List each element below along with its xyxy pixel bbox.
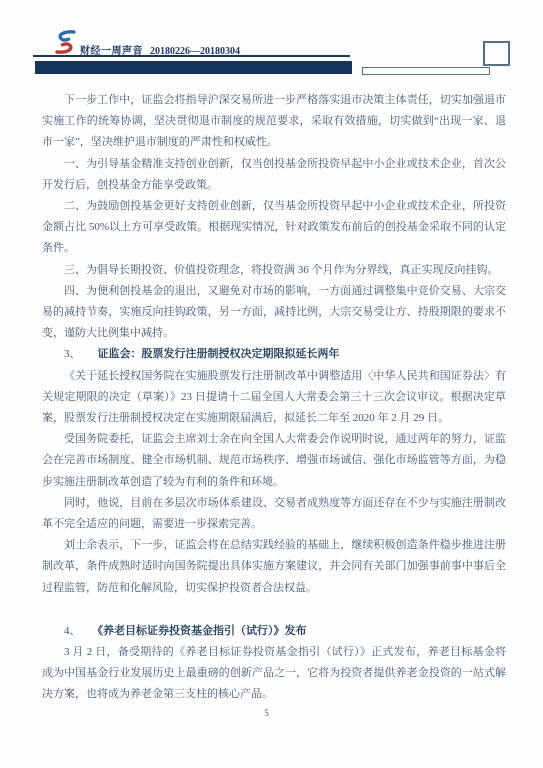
section-heading-3-number: 3、 (64, 348, 81, 360)
paragraph-item-2: 二、为鼓励创投基金更好支持创业创新，仅当基金所投资早起中小企业或技术企业，所投资… (42, 196, 506, 260)
paragraph-liu-statement: 受国务院委托，证监会主席刘士余在向全国人大常委会作说明时说，通过两年的努力，证监… (42, 429, 506, 493)
page-footer: 5 (0, 708, 533, 718)
paragraph-item-1: 一、为引导基金精准支持创业创新，仅当创投基金所投资早起中小企业或技术企业，首次公… (42, 154, 506, 196)
paragraph-next-steps: 刘士余表示，下一步，证监会将在总结实践经验的基础上，继续积极创造条件稳步推进注册… (42, 535, 506, 599)
section-heading-4-number: 4、 (64, 625, 81, 637)
empty-annotation-box-small (483, 41, 510, 66)
paragraph-item-4: 四、为便利创投基金的退出，又避免对市场的影响，一方面通过调整集中竞价交易、大宗交… (42, 281, 506, 345)
section-heading-4: 4、《养老目标证券投资基金指引（试行）》发布 (42, 621, 506, 642)
brand-logo-icon (53, 30, 78, 54)
paragraph-market-maturity: 同时，他说，目前在多层次市场体系建设、交易者成熟度等方面还存在不少与实施注册制改… (42, 493, 506, 535)
paragraph-item-3: 三、为倡导长期投资、价值投资理念，将投资满 36 个月作为分界线，真正实现反向挂… (42, 260, 506, 281)
page-number: 5 (264, 708, 269, 718)
paragraph-delisting-policy: 下一步工作中，证监会将指导沪深交易所进一步严格落实退市决策主体责任，切实加强退市… (42, 90, 506, 154)
paragraph-pension-fund: 3 月 2 日，备受期待的《养老目标证券投资基金指引（试行）》正式发布，养老目标… (42, 642, 506, 706)
paragraph-draft-decision: 《关于延长授权国务院在实施股票发行注册制改革中调整适用〈中华人民共和国证券法〉有… (42, 366, 506, 430)
section-heading-3-title: 证监会：股票发行注册制授权决定期限拟延长两年 (98, 348, 340, 360)
document-body: 下一步工作中，证监会将指导沪深交易所进一步严格落实退市决策主体责任，切实加强退市… (42, 90, 506, 706)
empty-annotation-box-wide (362, 67, 490, 75)
header-rule (33, 55, 350, 57)
header-navy-bar (35, 61, 352, 74)
document-page: 财经一周声音20180226—20180304 下一步工作中，证监会将指导沪深交… (0, 0, 543, 768)
section-heading-4-title: 《养老目标证券投资基金指引（试行）》发布 (98, 625, 307, 637)
section-heading-3: 3、证监会：股票发行注册制授权决定期限拟延长两年 (42, 344, 506, 365)
